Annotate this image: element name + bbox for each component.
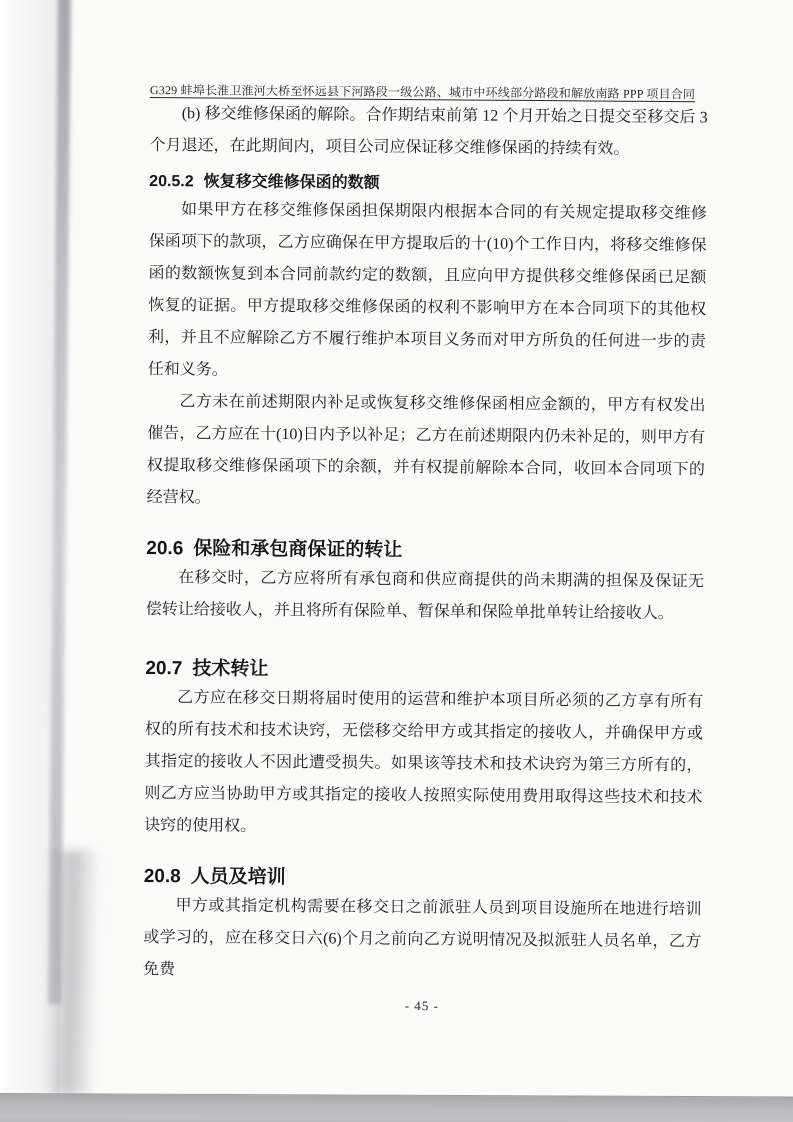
scanner-bottom-edge xyxy=(0,1093,793,1122)
heading-20-8-title: 人员及培训 xyxy=(191,866,286,888)
paragraph-restore-guarantee-amount: 如果甲方在移交维修保函担保期限内根据本合同的有关规定提取移交维修保函项下的款项，… xyxy=(148,194,707,390)
heading-20-8-number: 20.8 xyxy=(144,866,181,887)
paragraph-insurance-contractor-transfer: 在移交时，乙方应将所有承包商和供应商提供的尚未期满的担保及保证无偿转让给接收人，… xyxy=(146,562,704,630)
heading-20-5-2-number: 20.5.2 xyxy=(149,173,194,190)
heading-20-6-number: 20.6 xyxy=(146,538,183,559)
paragraph-transfer-guarantee-release: (b) 移交维修保函的解除。合作期结束前第 12 个月开始之日提交至移交后 3 … xyxy=(149,98,707,166)
scanned-contract-page: G329 蚌埠长淮卫淮河大桥至怀远县下河路段一级公路、城市中环线部分路段和解放南… xyxy=(0,0,793,1122)
heading-20-7-title: 技术转让 xyxy=(192,658,268,680)
paragraph-failure-to-replenish: 乙方未在前述期限内补足或恢复移交维修保函相应金额的，甲方有权发出催告，乙方应在十… xyxy=(147,386,706,518)
heading-20-5-2-title: 恢复移交维修保函的数额 xyxy=(204,173,380,191)
heading-20-7-number: 20.7 xyxy=(145,658,182,679)
page-number: - 45 - xyxy=(143,996,701,1016)
text-column: G329 蚌埠长淮卫淮河大桥至怀远县下河路段一级公路、城市中环线部分路段和解放南… xyxy=(143,0,709,1016)
heading-20-6-title: 保险和承包商保证的转让 xyxy=(193,538,402,561)
page-content: G329 蚌埠长淮卫淮河大桥至怀远县下河路段一级公路、城市中环线部分路段和解放南… xyxy=(0,0,793,1122)
paragraph-personnel-training: 甲方或其指定机构需要在移交日之前派驻人员到项目设施所在地进行培训或学习的，应在移… xyxy=(143,890,702,990)
paragraph-technology-transfer: 乙方应在移交日期将届时使用的运营和维护本项目所必须的乙方享有所有权的所有技术和技… xyxy=(144,682,703,846)
